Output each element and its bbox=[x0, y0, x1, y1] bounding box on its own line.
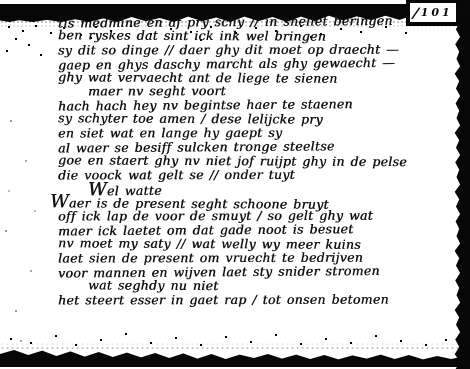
scan-speckles-left bbox=[0, 100, 2, 102]
manuscript-line: die voock wat gelt se // onder tuyt bbox=[58, 167, 446, 182]
scan-border-right bbox=[452, 0, 470, 369]
scan-speckles-top bbox=[0, 24, 2, 26]
handwritten-text-block: tis medmine en af pry schy // in snellet… bbox=[58, 15, 446, 307]
scan-speckles-bottom bbox=[0, 330, 2, 332]
page-number: 101 bbox=[421, 6, 453, 19]
folio-number-patch: ∕ 101 bbox=[410, 3, 456, 22]
scan-noise-fringe-bottom bbox=[0, 342, 470, 351]
folio-slash-mark: ∕ bbox=[412, 3, 420, 22]
manuscript-scan-page: ∕ 101 tis medmine en af pry schy // in s… bbox=[0, 0, 470, 369]
manuscript-line: het steert esser in gaet rap / tot onsen… bbox=[58, 292, 446, 307]
manuscript-line: Wel watte bbox=[88, 180, 446, 197]
